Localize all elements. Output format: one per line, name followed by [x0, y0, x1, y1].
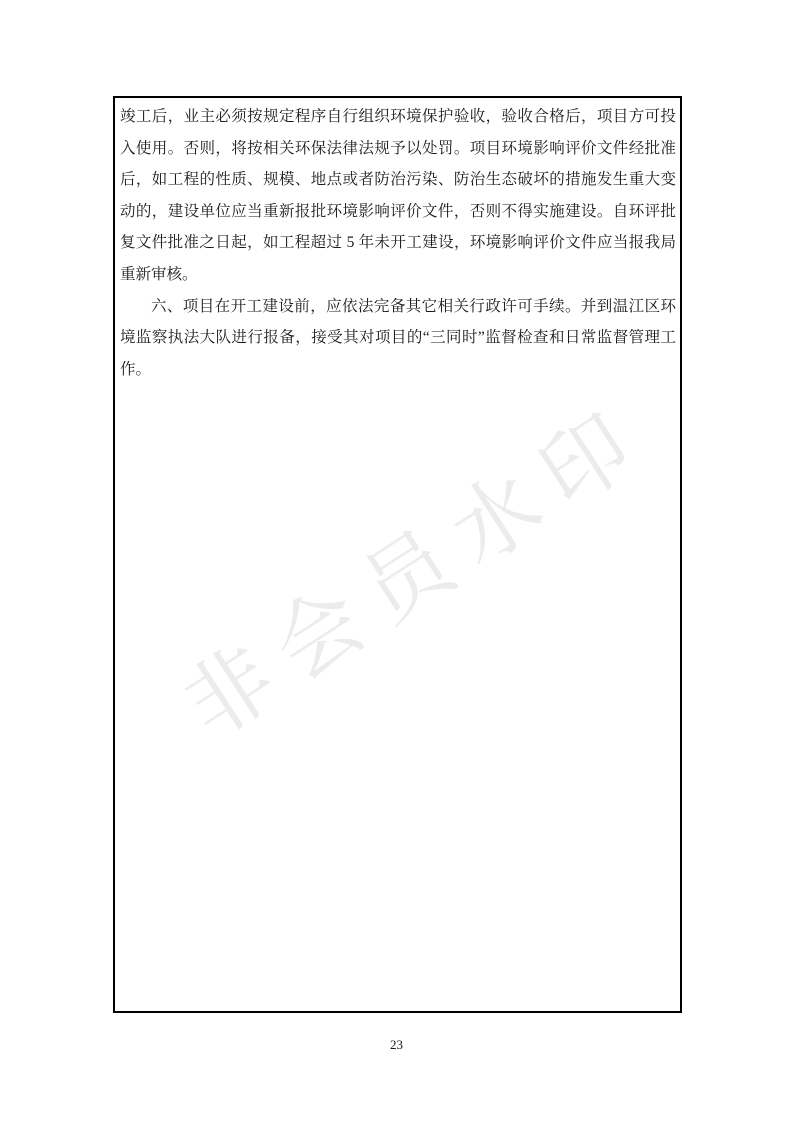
- document-page: 非会员水印 竣工后，业主必须按规定程序自行组织环境保护验收，验收合格后，项目方可…: [0, 0, 793, 1122]
- page-number: 23: [0, 1036, 793, 1054]
- content-border-box: 竣工后，业主必须按规定程序自行组织环境保护验收，验收合格后，项目方可投入使用。否…: [113, 96, 682, 1013]
- paragraph-item-six: 六、项目在开工建设前，应依法完备其它相关行政许可手续。并到温江区环境监察执法大队…: [120, 291, 676, 386]
- paragraph-acceptance-requirements: 竣工后，业主必须按规定程序自行组织环境保护验收，验收合格后，项目方可投入使用。否…: [120, 101, 676, 291]
